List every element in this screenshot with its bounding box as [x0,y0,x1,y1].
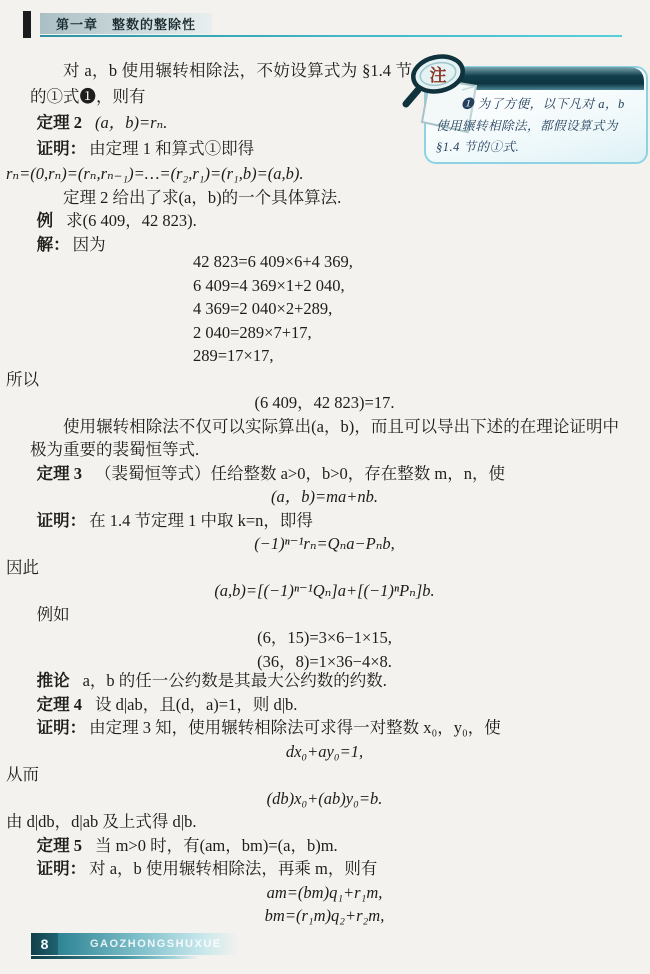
footer-strip: GAOZHONGSHUXUE [58,933,240,955]
theorem-2-statement: (a，b)=rₙ. [95,113,167,132]
theorem-3-statement: （裴蜀恒等式）任给整数 a>0，b>0，存在整数 m，n，使 [95,464,505,483]
textbook-page: 第一章 整数的整除性 注 ❶ 为了方便，以下凡对 a，b 使用辗转相除法，都假设… [0,0,650,974]
paragraph-bezout-intro: 使用辗转相除法不仅可以实际算出(a，b)，而且可以导出下述的在理论证明中极为重要… [30,415,619,462]
proof-4-label: 证明： [37,718,87,737]
qp-equation: (−1)ⁿ⁻¹rₙ=Qₙa−Pₙb, [30,532,619,556]
solution-text: 因为 [73,235,106,254]
proof-3-label: 证明： [37,511,87,530]
solution-label: 解： [37,235,70,254]
thus-word: 因此 [6,556,619,580]
header-rule [40,35,622,37]
proof-4-line: 证明：由定理 3 知，使用辗转相除法可求得一对整数 x₀，y₀，使 [30,716,619,740]
chapter-title: 第一章 整数的整除性 [56,14,196,33]
bm-equation: bm=(r₁m)q₂+r₂m, [30,904,619,928]
theorem-4-label: 定理 4 [37,695,82,714]
example-equation-1: (6，15)=3×6−1×15, [30,626,619,650]
note-icon-label: 注 [430,65,447,85]
proof-5-line: 证明：对 a，b 使用辗转相除法，再乘 m，则有 [30,857,619,881]
theorem-3-heading: 定理 3（裴蜀恒等式）任给整数 a>0，b>0，存在整数 m，n，使 [30,462,619,486]
paragraph-intro: 对 a，b 使用辗转相除法，不妨设算式为 §1.4 节的①式❶，则有 [30,58,412,110]
proof-5-label: 证明： [37,859,87,878]
proof-5-text: 对 a，b 使用辗转相除法，再乘 m，则有 [89,859,377,878]
corollary-text: a，b 的任一公约数是其最大公约数的约数. [83,671,387,690]
proof-2-label: 证明： [37,139,87,158]
main-text-column: 对 a，b 使用辗转相除法，不妨设算式为 §1.4 节的①式❶，则有 定理 2(… [30,58,619,928]
theorem-5-label: 定理 5 [37,836,82,855]
db-equation: (db)x₀+(ab)y₀=b. [30,787,619,811]
theorem-4-statement: 设 d|ab，且(d，a)=1，则 d|b. [95,695,297,714]
magnifier-handle [406,90,418,104]
therefore-word: 所以 [6,368,619,392]
example-label: 例 [37,211,54,230]
footer-rule [31,956,199,959]
theorem-3-label: 定理 3 [37,464,82,483]
chapter-edge-tab [23,11,31,38]
euclid-step: 2 040=289×7+17, [193,321,619,345]
euclid-chain-equation: rₙ=(0,rₙ)=(rₙ,rₙ₋₁)=…=(r₂,r₁)=(r₁,b)=(a,… [6,162,619,186]
theorem-5-statement: 当 m>0 时，有(am，bm)=(a，b)m. [95,836,338,855]
proof-2-text: 由定理 1 和算式①即得 [89,139,254,158]
dx-equation: dx₀+ay₀=1, [30,740,619,764]
hence-word: 从而 [6,763,619,787]
euclid-step: 6 409=4 369×1+2 040, [193,274,619,298]
conclusion-4-line: 由 d|db，d|ab 及上式得 d|b. [6,810,619,834]
margin-note-text: ❶ 为了方便，以下凡对 a，b 使用辗转相除法，都假设算式为 §1.4 节的①式… [436,94,634,159]
corollary-label: 推论 [37,671,70,690]
example-line: 例求(6 409，42 823). [30,209,619,233]
expanded-bezout-equation: (a,b)=[(−1)ⁿ⁻¹Qₙ]a+[(−1)ⁿPₙ]b. [30,579,619,603]
theorem-5-heading: 定理 5当 m>0 时，有(am，bm)=(a，b)m. [30,834,619,858]
book-title-watermark: GAOZHONGSHUXUE [90,938,222,950]
bezout-equation: (a，b)=ma+nb. [30,485,619,509]
for-example-word: 例如 [30,603,619,627]
proof-3-line: 证明：在 1.4 节定理 1 中取 k=n，即得 [30,509,619,533]
am-equation: am=(bm)q₁+r₁m, [30,881,619,905]
example-text: 求(6 409，42 823). [66,211,197,230]
gcd-result-equation: (6 409，42 823)=17. [30,391,619,415]
proof-3-text: 在 1.4 节定理 1 中取 k=n，即得 [89,511,313,530]
paragraph-algorithm: 定理 2 给出了求(a，b)的一个具体算法. [30,186,619,210]
corollary-line: 推论a，b 的任一公约数是其最大公约数的约数. [30,669,619,693]
euclid-step: 42 823=6 409×6+4 369, [193,250,619,274]
proof-4-text: 由定理 3 知，使用辗转相除法可求得一对整数 x₀，y₀，使 [89,718,501,737]
theorem-4-heading: 定理 4设 d|ab，且(d，a)=1，则 d|b. [30,693,619,717]
euclid-steps-block: 42 823=6 409×6+4 369, 6 409=4 369×1+2 04… [193,250,619,368]
theorem-2-label: 定理 2 [37,113,82,132]
euclid-step: 4 369=2 040×2+289, [193,297,619,321]
page-number: 8 [31,933,58,955]
chapter-header-band: 第一章 整数的整除性 [40,13,212,34]
euclid-step: 289=17×17, [193,344,619,368]
